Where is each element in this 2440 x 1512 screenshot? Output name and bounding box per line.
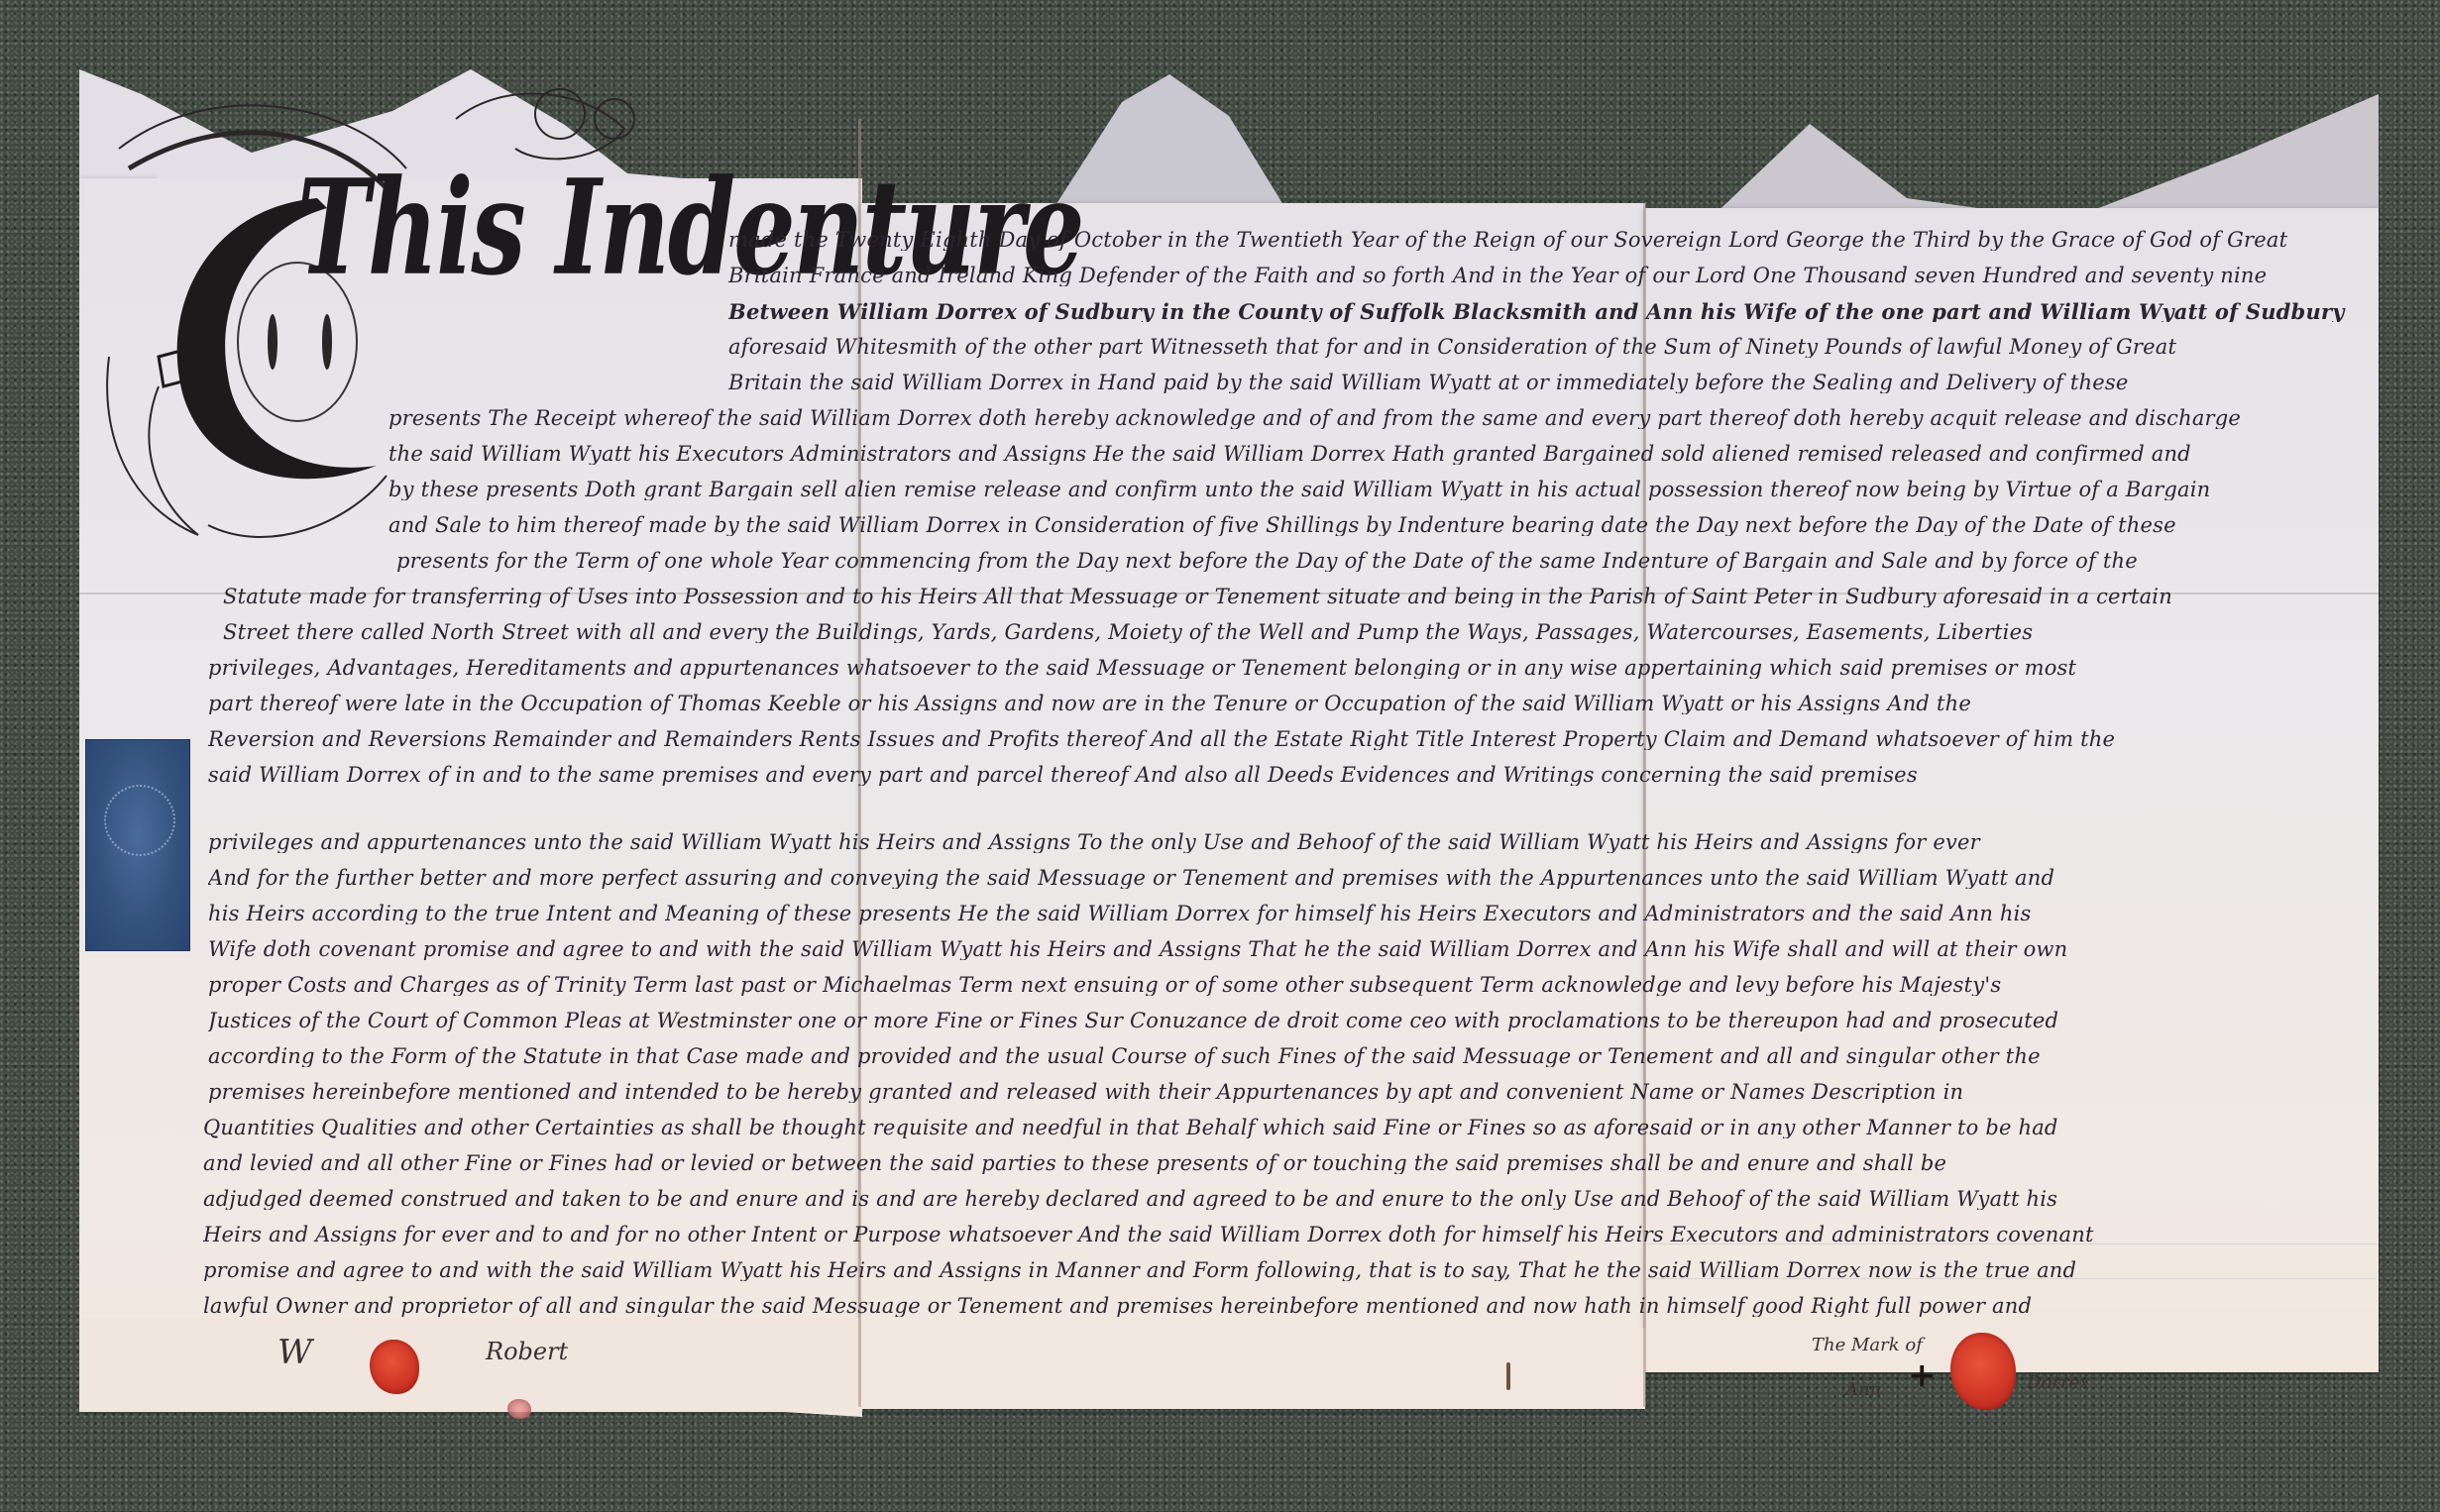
crown-emblem-icon bbox=[104, 785, 175, 856]
text-line: privileges, Advantages, Hereditaments an… bbox=[208, 658, 2364, 679]
bottom-margin-middle bbox=[860, 1328, 1645, 1409]
signature-mark-cross-icon: + bbox=[1908, 1355, 1937, 1395]
text-line: adjudged deemed construed and taken to b… bbox=[203, 1189, 2364, 1210]
text-line: according to the Form of the Statute in … bbox=[208, 1046, 2364, 1067]
text-line: And for the further better and more perf… bbox=[208, 868, 2364, 889]
text-line: his Heirs according to the true Intent a… bbox=[208, 904, 2364, 924]
text-line: Heirs and Assigns for ever and to and fo… bbox=[203, 1225, 2364, 1245]
text-line: premises hereinbefore mentioned and inte… bbox=[208, 1082, 2364, 1103]
text-line: Reversion and Reversions Remainder and R… bbox=[208, 729, 2359, 750]
text-line: made the Twenty Eighth Day of October in… bbox=[728, 230, 2334, 251]
text-line: proper Costs and Charges as of Trinity T… bbox=[208, 975, 2364, 996]
text-line: Between William Dorrex of Sudbury in the… bbox=[728, 301, 2359, 322]
text-line: Britain the said William Dorrex in Hand … bbox=[728, 373, 2354, 393]
text-line: Britain France and Ireland King Defender… bbox=[728, 266, 2349, 286]
stain-mark bbox=[1506, 1362, 1510, 1390]
text-line: presents for the Term of one whole Year … bbox=[396, 551, 2364, 572]
text-line: by these presents Doth grant Bargain sel… bbox=[388, 480, 2361, 500]
left-signature: Robert bbox=[486, 1338, 568, 1365]
mark-of-label: The Mark of bbox=[1812, 1335, 1923, 1355]
mark-name: Ann bbox=[1845, 1379, 1881, 1400]
text-line: Justices of the Court of Common Pleas at… bbox=[208, 1011, 2364, 1031]
text-line: Statute made for transferring of Uses in… bbox=[223, 587, 2364, 607]
text-line: aforesaid Whitesmith of the other part W… bbox=[728, 337, 2354, 358]
right-wax-seal bbox=[1950, 1333, 2016, 1410]
small-wax-fragment bbox=[507, 1399, 531, 1419]
bottom-margin-left bbox=[79, 1318, 862, 1412]
text-line: promise and agree to and with the said W… bbox=[203, 1260, 2364, 1281]
text-line: lawful Owner and proprietor of all and s… bbox=[203, 1296, 2364, 1317]
text-line: privileges and appurtenances unto the sa… bbox=[208, 832, 2364, 853]
text-line: Wife doth covenant promise and agree to … bbox=[208, 939, 2364, 960]
indenture-document: This Indenture made the Twenty Eighth Da… bbox=[0, 0, 2440, 1512]
left-initials: W bbox=[277, 1333, 312, 1372]
text-line: said William Dorrex of in and to the sam… bbox=[208, 765, 2359, 786]
text-line: and levied and all other Fine or Fines h… bbox=[203, 1153, 2364, 1174]
revenue-stamp bbox=[85, 739, 190, 951]
text-line: the said William Wyatt his Executors Adm… bbox=[388, 444, 2361, 465]
text-line: Quantities Qualities and other Certainti… bbox=[203, 1118, 2364, 1138]
text-line: presents The Receipt whereof the said Wi… bbox=[388, 408, 2351, 429]
text-line: and Sale to him thereof made by the said… bbox=[388, 515, 2361, 536]
left-wax-seal bbox=[370, 1340, 419, 1394]
text-line: Street there called North Street with al… bbox=[223, 622, 2364, 643]
paper-torn-tab-middle bbox=[1051, 74, 1288, 213]
mark-surname: Dorrex bbox=[2027, 1372, 2089, 1393]
text-line: part thereof were late in the Occupation… bbox=[208, 694, 2364, 714]
